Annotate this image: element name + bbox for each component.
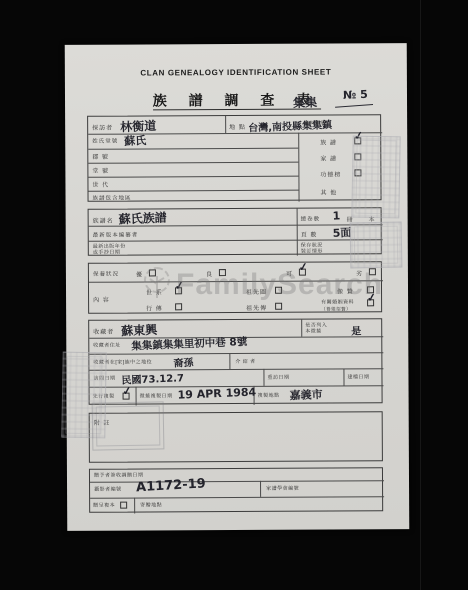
tang-label: 堂 號 (92, 166, 109, 175)
owner-value: 蘇東興 (121, 321, 158, 339)
line (301, 320, 302, 337)
checkbox-biographies (175, 303, 182, 310)
area-label: 族譜包含地區 (93, 194, 132, 202)
copy-presented-label: 贈呈複本 (93, 503, 115, 509)
revisit-date-label: 重訪日期 (267, 375, 289, 381)
checkbox-copy-presented (120, 502, 127, 509)
familysearch-watermark: FamilySearch (176, 268, 383, 302)
photographer-number-label: 攝影者編號 (94, 487, 122, 493)
jun-label: 郡 號 (92, 152, 109, 161)
address-value: 集集鎮集集里初中巷 8號 (131, 334, 247, 354)
line (229, 353, 230, 369)
line (263, 369, 264, 386)
generations-label: 世 代 (92, 180, 109, 189)
volumes-label: 總卷數 (301, 215, 321, 223)
content-item-label: 行 傳 (146, 303, 163, 312)
file-date-label: 建檔日期 (347, 374, 369, 380)
line (90, 480, 384, 483)
category-item-label: 功德榜 (320, 169, 341, 178)
upkeep-label: 保養狀況 (93, 270, 119, 278)
pages-label: 頁 數 (301, 230, 318, 239)
ghost-seal-stamp (92, 401, 165, 450)
handwritten-place-annotation: 集集 (293, 93, 318, 111)
interviewer-label: 採訪者 (92, 123, 113, 132)
volumes-value: 1 (332, 209, 340, 222)
owner-label: 收藏者 (93, 327, 114, 336)
send-place-label: 寄贈地點 (140, 502, 162, 508)
section-numbering: 贈予者簽收調贈日期 攝影者編號 A1172-19 家譜學會編號 贈呈複本 寄贈地… (89, 467, 383, 513)
line (134, 498, 135, 514)
section-book-info: 族譜名 蘇氏族譜 總卷數 1 冊 本 最新版本編纂者 頁 數 5面 最新出版年份… (88, 207, 382, 256)
line (297, 209, 298, 256)
ghost-seal-stamp (350, 222, 403, 269)
seal-inner-border (96, 405, 161, 446)
scanned-page: { "colors":{"background":"#060606","pape… (0, 0, 468, 590)
checkbox-precopy: ✓ (123, 393, 130, 400)
position-value: 裔孫 (173, 354, 194, 370)
donor-sign-label: 贈予者簽收調贈日期 (94, 472, 144, 478)
book-title-value: 蘇氏族譜 (118, 209, 167, 228)
seal-inner-border (354, 226, 399, 265)
line (298, 133, 299, 202)
content-item-label: 祖先傳 (246, 303, 267, 312)
check-icon: ✓ (122, 386, 133, 398)
introducer-label: 介 紹 者 (235, 359, 255, 365)
category-item-label: 家 譜 (320, 153, 337, 162)
copy-date-label: 或手抄日期 (93, 250, 121, 256)
category-item-label: 族 譜 (320, 137, 337, 146)
location-label: 地 點 (229, 122, 246, 131)
copy-place-label: 複製地點 (258, 393, 280, 399)
copy-place-value: 嘉義市 (289, 386, 323, 403)
line (88, 176, 298, 178)
familysearch-tree-icon (138, 262, 176, 302)
visit-date-value: 民國73.12.7 (121, 369, 184, 386)
book-title-label: 族譜名 (93, 216, 114, 225)
ghost-seal-stamp (351, 136, 400, 219)
english-header: CLAN GENEALOGY IDENTIFICATION SHEET (65, 67, 407, 78)
line (88, 190, 298, 192)
society-number-label: 家譜學會編號 (266, 486, 299, 492)
checkbox-ancestor-bio (275, 303, 282, 310)
handwritten-number-annotation: № 5 (343, 88, 368, 102)
binding-label: 裝訂情形 (301, 249, 323, 255)
microfilm-value: 是 (351, 322, 362, 337)
compiler-label: 最新版本編纂者 (93, 231, 139, 239)
copy-date-label: 微捲複製日期 (140, 393, 173, 399)
copy-date-value: 19 APR 1984 (177, 386, 256, 402)
category-label: 資料類別 (304, 121, 326, 127)
section-identity: 採訪者 林衡道 地 點 台灣,南投縣集集鎮 姓氏堂號 蘇氏 郡 號 堂 號 世 … (87, 114, 381, 202)
section-owner: 收藏者 蘇東興 是否列入 本微捲 是 收藏者住址 集集鎮集集里初中巷 8號 收藏… (88, 318, 382, 405)
category-item-label: 其 他 (320, 187, 337, 196)
address-label: 收藏者住址 (93, 343, 121, 349)
microfilm-label-2: 本微捲 (305, 329, 322, 335)
photographer-number-value: A1172-19 (136, 476, 206, 495)
content-item-note: （養媳招贅） (321, 306, 351, 312)
line (88, 148, 298, 150)
content-label: 內 容 (93, 295, 110, 304)
line (88, 162, 298, 164)
line (260, 481, 261, 497)
surname-value: 蘇氏 (124, 132, 147, 149)
film-edge-line (420, 0, 421, 590)
seal-inner-border (355, 140, 396, 215)
surname-label: 姓氏堂號 (92, 137, 118, 145)
line (343, 368, 344, 385)
line (225, 116, 226, 133)
